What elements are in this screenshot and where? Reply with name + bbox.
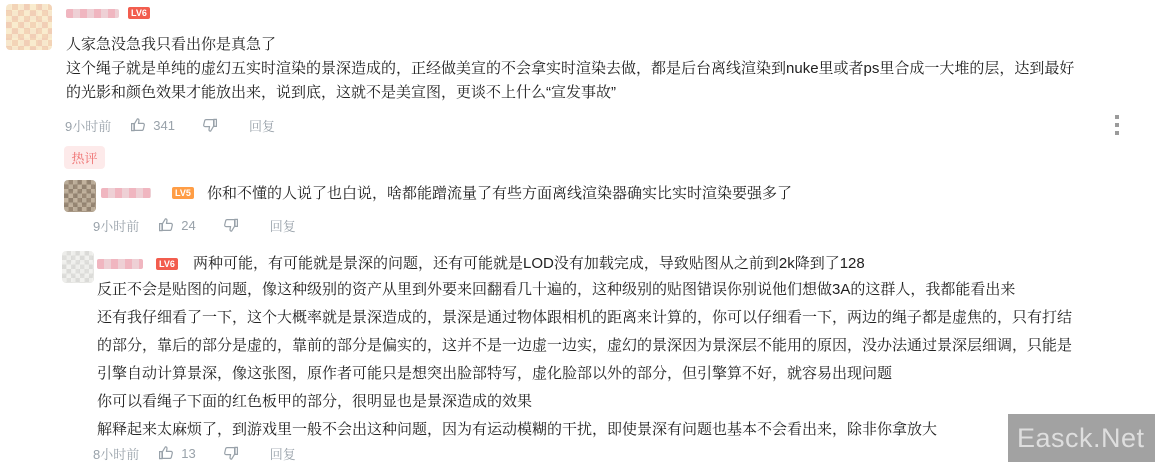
avatar[interactable] (62, 251, 94, 283)
reply-line: 反正不会是贴图的问题，像这种级别的资产从里到外要来回翻看几十遍的，这种级别的贴图… (97, 276, 1155, 304)
comment-line: 这个绳子就是单纯的虚幻五实时渲染的景深造成的，正经做美宣的不会拿实时渲染去做，都… (66, 57, 1155, 81)
hot-comment-badge: 热评 (64, 146, 105, 169)
user-level-badge: LV5 (172, 187, 194, 199)
reply-text: 你和不懂的人说了也白说，啥都能蹭流量了有些方面离线渲染器确实比实时渲染要强多了 (207, 184, 792, 204)
more-options-button[interactable] (1110, 110, 1124, 140)
comment-line: 的光影和颜色效果才能放出来，说到底，这就不是美宣图，更谈不上什么“宣发事故” (66, 81, 1155, 105)
thumb-up-icon (130, 117, 146, 133)
kebab-menu-icon (1115, 115, 1119, 135)
timestamp: 8小时前 (93, 444, 139, 462)
thumb-down-icon (223, 217, 239, 233)
reply-line: 还有我仔细看了一下，这个大概率就是景深造成的，景深是通过物体跟相机的距离来计算的… (97, 304, 1155, 332)
avatar[interactable] (6, 4, 52, 50)
comment-actions: 9小时前 341 回复 (65, 115, 275, 135)
reply-line: 的部分，靠后的部分是虚的，靠前的部分是偏实的，这并不是一边虚一边实，虚幻的景深因… (97, 332, 1155, 360)
reply-actions: 9小时前 24 回复 (93, 215, 296, 235)
like-count: 341 (153, 118, 175, 133)
reply-text-first-line: 两种可能，有可能就是景深的问题，还有可能就是LOD没有加载完成，导致贴图从之前到… (193, 254, 865, 274)
comment-line: 人家急没急我只看出你是真急了 (66, 33, 1155, 57)
dislike-button[interactable] (202, 117, 218, 133)
username-redacted[interactable] (66, 9, 119, 18)
like-count: 24 (181, 218, 195, 233)
dislike-button[interactable] (223, 217, 239, 233)
reply-line: 你可以看绳子下面的红色板甲的部分，很明显也是景深造成的效果 (97, 388, 1155, 416)
reply-button[interactable]: 回复 (270, 444, 296, 462)
reply-button[interactable]: 回复 (249, 116, 275, 135)
avatar[interactable] (64, 180, 96, 212)
comment-text: 人家急没急我只看出你是真急了 这个绳子就是单纯的虚幻五实时渲染的景深造成的，正经… (66, 33, 1155, 105)
thumb-down-icon (223, 445, 239, 461)
user-level-badge: LV6 (128, 7, 150, 19)
like-button[interactable]: 13 (158, 445, 195, 461)
reply-line: 引擎自动计算景深，像这张图，原作者可能只是想突出脸部特写，虚化脸部以外的部分，但… (97, 360, 1155, 388)
reply-button[interactable]: 回复 (270, 216, 296, 235)
thumb-down-icon (202, 117, 218, 133)
reply-actions: 8小时前 13 回复 (93, 443, 296, 462)
thumb-up-icon (158, 217, 174, 233)
timestamp: 9小时前 (65, 116, 111, 135)
like-button[interactable]: 24 (158, 217, 195, 233)
username-redacted[interactable] (97, 259, 143, 269)
reply-line: 解释起来太麻烦了，到游戏里一般不会出这种问题，因为有运动模糊的干扰，即使景深有问… (97, 416, 1155, 444)
thumb-up-icon (158, 445, 174, 461)
comment-section: LV6 人家急没急我只看出你是真急了 这个绳子就是单纯的虚幻五实时渲染的景深造成… (0, 0, 1155, 462)
like-button[interactable]: 341 (130, 117, 175, 133)
dislike-button[interactable] (223, 445, 239, 461)
watermark: Easck.Net (1008, 414, 1155, 462)
like-count: 13 (181, 446, 195, 461)
user-level-badge: LV6 (156, 258, 178, 270)
username-redacted[interactable] (101, 188, 151, 198)
timestamp: 9小时前 (93, 216, 139, 235)
reply-text-body: 反正不会是贴图的问题，像这种级别的资产从里到外要来回翻看几十遍的，这种级别的贴图… (97, 276, 1155, 444)
